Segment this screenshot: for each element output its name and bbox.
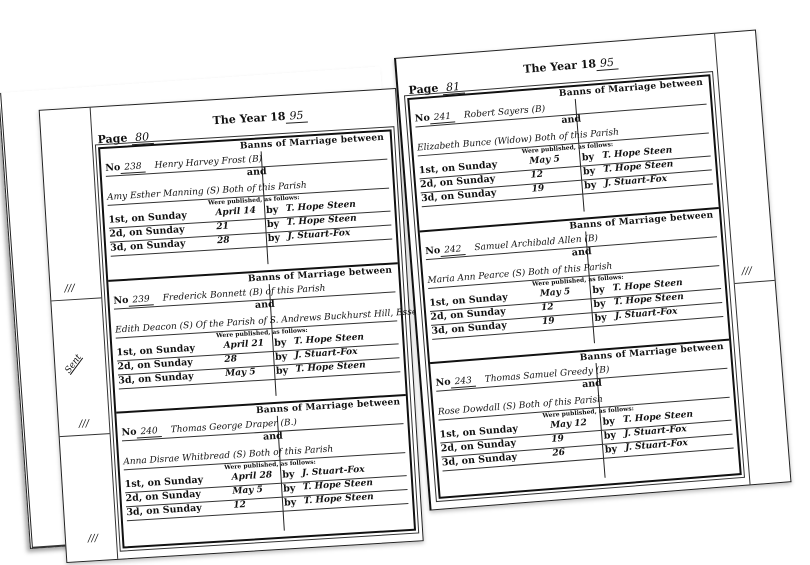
year-label: The Year 1895 <box>212 108 308 127</box>
third-date: 12 <box>233 500 246 511</box>
entry-number-label: No <box>113 294 129 306</box>
banns-entry: Banns of Marriage between No238 Henry Ha… <box>100 131 398 281</box>
year-label: The Year 1895 <box>523 55 619 75</box>
entry-number-label: No <box>121 427 137 439</box>
entry-number-label: No <box>414 112 430 124</box>
entry-number: 241 <box>429 111 455 124</box>
second-date: 12 <box>541 302 554 313</box>
third-date: 26 <box>552 448 565 459</box>
entry-number: 239 <box>128 294 154 307</box>
right-page: /// Page 81 The Year 1895 Banns of Marri… <box>394 30 792 511</box>
by-label: by <box>605 444 618 456</box>
by-label: by <box>275 351 288 363</box>
margin-tally: /// <box>79 418 90 430</box>
and-label: and <box>561 114 582 127</box>
banns-entry: Banns of Marriage between No243 Thomas S… <box>430 341 739 497</box>
banns-entry: Banns of Marriage between No241 Robert S… <box>409 76 718 232</box>
first-minister: T. Hope Steen <box>294 332 365 346</box>
first-date: May 5 <box>540 287 571 299</box>
groom-name: Frederick Bonnett (B) of this Parish <box>162 283 325 303</box>
banns-entry: Banns of Marriage between No240 Thomas G… <box>116 396 414 546</box>
by-label: by <box>284 497 297 509</box>
and-label: and <box>255 298 275 310</box>
by-label: by <box>283 483 296 495</box>
entry-number-label: No <box>105 162 121 174</box>
margin-tally: /// <box>741 266 752 278</box>
third-date: 19 <box>531 184 544 195</box>
register-book: /// Sent /// /// Page 80 The Year 1895 B… <box>0 0 810 565</box>
first-label: 1st, on Sunday <box>108 210 187 226</box>
and-label: and <box>571 246 592 259</box>
entry-number: 242 <box>440 244 466 257</box>
by-label: by <box>267 218 280 230</box>
banns-frame: Banns of Marriage between No241 Robert S… <box>407 74 742 499</box>
by-label: by <box>603 430 616 442</box>
first-date: April 14 <box>215 206 256 218</box>
first-label: 1st, on Sunday <box>116 342 195 358</box>
second-date: May 5 <box>232 485 263 497</box>
and-label: and <box>263 431 283 443</box>
and-label: and <box>582 378 603 391</box>
by-label: by <box>583 166 596 178</box>
by-label: by <box>592 284 605 296</box>
by-label: by <box>594 312 607 324</box>
third-date: May 5 <box>225 367 256 379</box>
by-label: by <box>274 337 287 349</box>
margin-rule <box>735 280 775 284</box>
entry-number: 240 <box>136 426 162 439</box>
first-date: April 28 <box>231 471 272 483</box>
first-date: April 21 <box>223 338 264 350</box>
second-date: 28 <box>224 354 237 365</box>
banns-entry: Banns of Marriage between No239 Frederic… <box>108 264 406 414</box>
first-minister: J. Stuart-Fox <box>302 465 365 479</box>
by-label: by <box>276 365 289 377</box>
page-number: 80 <box>131 130 154 145</box>
second-date: 21 <box>216 221 229 232</box>
by-label: by <box>282 469 295 481</box>
first-label: 1st, on Sunday <box>124 475 203 491</box>
second-date: 19 <box>551 434 564 445</box>
entry-number-label: No <box>425 245 441 257</box>
banns-entry: Banns of Marriage between No242 Samuel A… <box>420 209 729 365</box>
margin-tally: /// <box>64 283 75 295</box>
margin-rule <box>51 297 101 301</box>
margin-annotation: Sent <box>63 353 83 376</box>
by-label: by <box>602 416 615 428</box>
second-date: 12 <box>530 170 543 181</box>
entry-number: 243 <box>450 376 476 389</box>
by-label: by <box>582 152 595 164</box>
first-date: May 5 <box>529 154 560 166</box>
by-label: by <box>268 232 281 244</box>
third-date: 19 <box>542 316 555 327</box>
entry-number-label: No <box>435 377 451 389</box>
by-label: by <box>266 204 279 216</box>
groom-name: Robert Sayers (B) <box>464 104 546 120</box>
banns-frame: Banns of Marriage between No238 Henry Ha… <box>98 129 416 548</box>
and-label: and <box>247 166 267 178</box>
margin-rule <box>60 433 110 437</box>
third-date: 28 <box>217 235 230 246</box>
margin-tally: /// <box>88 533 99 545</box>
first-minister: T. Hope Steen <box>286 200 357 214</box>
by-label: by <box>593 298 606 310</box>
by-label: by <box>584 180 597 192</box>
left-page: /// Sent /// /// Page 80 The Year 1895 B… <box>39 88 424 563</box>
first-date: May 12 <box>550 418 587 431</box>
entry-number: 238 <box>120 161 146 174</box>
